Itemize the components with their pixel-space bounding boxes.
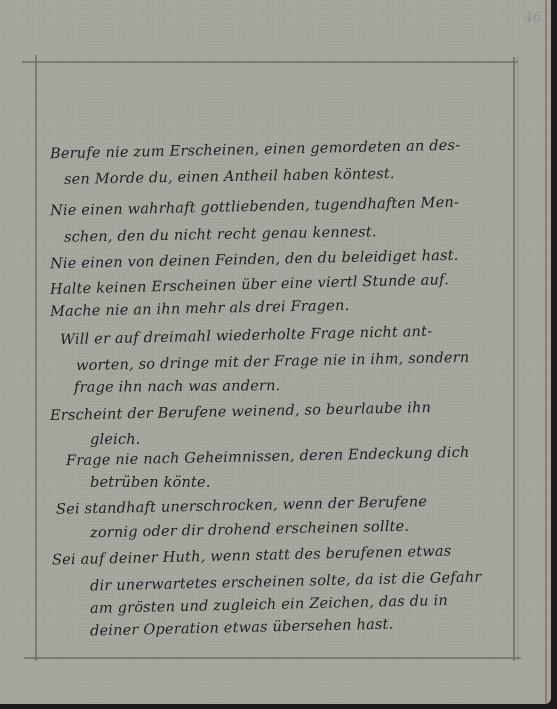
text-line: gleich. bbox=[90, 432, 141, 448]
text-line: Will er auf dreimahl wiederholte Frage n… bbox=[60, 324, 433, 348]
page-edge bbox=[545, 0, 547, 704]
frame-line-top bbox=[22, 61, 518, 63]
text-line: Halte keinen Erscheinen über eine viertl… bbox=[50, 272, 449, 298]
text-line: am grösten und zugleich ein Zeichen, das… bbox=[90, 593, 448, 617]
text-line: betrüben könte. bbox=[90, 475, 211, 491]
text-line: dir unerwartetes erscheinen solte, da is… bbox=[90, 570, 482, 595]
text-line: Erscheint der Berufene weinend, so beurl… bbox=[50, 400, 431, 424]
frame-line-bottom bbox=[24, 657, 521, 659]
text-line: Sei standhaft unerschrocken, wenn der Be… bbox=[56, 494, 427, 518]
text-line: worten, so dringe mit der Frage nie in i… bbox=[76, 350, 470, 374]
text-line: Berufe nie zum Erscheinen, einen gemorde… bbox=[50, 138, 461, 163]
text-line: schen, den du nicht recht genau kennest. bbox=[64, 224, 377, 245]
frame-line-left bbox=[35, 55, 37, 661]
text-line: Nie einen von deinen Feinden, den du bel… bbox=[50, 248, 459, 273]
text-line: Mache nie an ihn mehr als drei Fragen. bbox=[50, 298, 350, 320]
frame-line-right bbox=[513, 57, 515, 661]
text-line: Nie einen wahrhaft gottliebenden, tugend… bbox=[50, 195, 459, 220]
page-number: 46 bbox=[524, 10, 542, 26]
text-line: Frage nie nach Geheimnissen, deren Endec… bbox=[66, 445, 470, 469]
text-line: zornig oder dir drohend erscheinen sollt… bbox=[90, 519, 409, 542]
text-line: Sei auf deiner Huth, wenn statt des beru… bbox=[52, 543, 452, 568]
frame-line-right-inner bbox=[517, 57, 518, 661]
manuscript-page: 46 Berufe nie zum Erscheinen, einen gemo… bbox=[0, 0, 551, 704]
text-line: frage ihn nach was andern. bbox=[74, 378, 281, 396]
text-line: deiner Operation etwas übersehen hast. bbox=[90, 617, 394, 640]
text-line: sen Morde du, einen Antheil haben köntes… bbox=[64, 166, 395, 188]
